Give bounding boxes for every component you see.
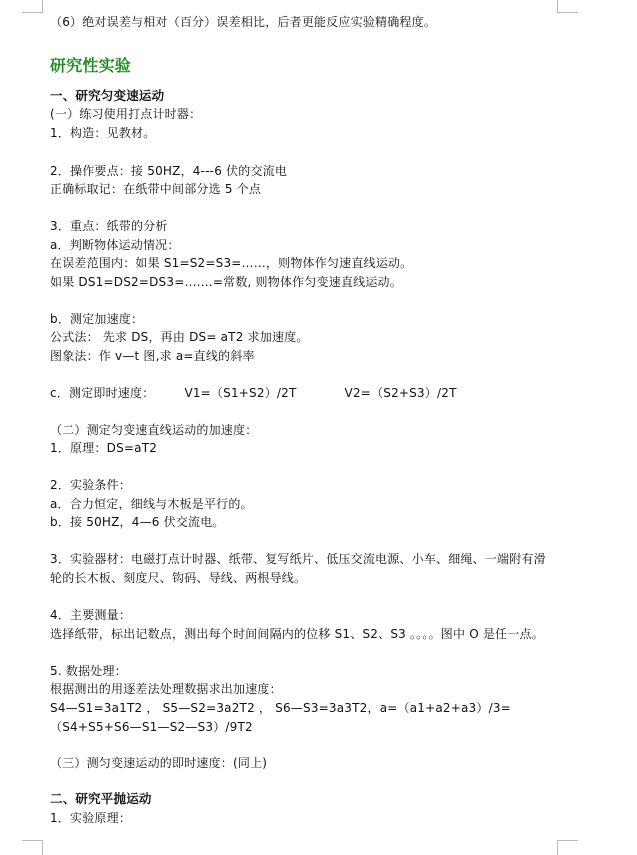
item-principle: 1．原理：DS=aT2 <box>50 440 157 456</box>
formula-v1: V1=（S1+S2）/2T <box>184 386 296 400</box>
formula-successive-difference: S4—S1=3a1T2 ， S5—S2=3a2T2 ， S6—S3=3a3T2，… <box>50 699 550 737</box>
page-corner-bottom-left <box>22 840 43 855</box>
item-measurement-detail: 选择纸带，标出记数点，测出每个时间间隔内的位移 S1、S2、S3 。。。。图中 … <box>50 626 544 642</box>
subheading-timer-practice: (一）练习使用打点计时器： <box>50 106 201 122</box>
item-conditions: 2．实验条件： <box>50 477 131 493</box>
item-uniform-condition: 在误差范围内：如果 S1=S2=S3=……，则物体作匀速直线运动。 <box>50 255 412 271</box>
item-successive-difference: 根据测出的用逐差法处理数据求出加速度： <box>50 681 282 697</box>
heading-uniform-acceleration: 一、研究匀变速运动 <box>50 88 164 104</box>
item-formula-method: 公式法： 先求 DS，再由 DS= aT2 求加速度。 <box>50 329 309 345</box>
item-instant-velocity: c．测定即时速度： V1=（S1+S2）/2T V2=（S2+S3）/2T <box>50 385 457 401</box>
item-key-tape-analysis: 3．重点：纸带的分析 <box>50 218 168 234</box>
page-corner-top-right <box>557 0 578 13</box>
item-structure: 1．构造：见教材。 <box>50 125 155 141</box>
item-accel-condition: 如果 DS1=DS2=DS3=…….=常数, 则物体作匀变速直线运动。 <box>50 274 402 290</box>
formula-v2: V2=（S2+S3）/2T <box>345 386 457 400</box>
page-corner-top-left <box>22 0 43 13</box>
item-main-measurement: 4．主要测量： <box>50 607 131 623</box>
instant-velocity-label: c．测定即时速度： <box>50 386 154 400</box>
item-operation-points: 2．操作要点：接 50HZ，4---6 伏的交流电 <box>50 163 287 179</box>
item-equipment: 3．实验器材：电磁打点计时器、纸带、复写纸片、低压交流电源、小车、细绳、一端附有… <box>50 550 550 588</box>
section-title: 研究性实验 <box>50 56 131 76</box>
heading-projectile-motion: 二、研究平抛运动 <box>50 791 152 807</box>
item-experiment-principle: 1．实验原理： <box>50 810 131 826</box>
page-corner-bottom-right <box>557 840 578 855</box>
item-judge-motion: a．判断物体运动情况： <box>50 237 180 253</box>
subheading-instant-velocity: （三）测匀变速运动的即时速度：(同上) <box>50 755 267 771</box>
subheading-measure-acceleration: （二）测定匀变速直线运动的加速度： <box>50 422 257 438</box>
item-condition-a: a．合力恒定，细线与木板是平行的。 <box>50 496 253 512</box>
item-graph-method: 图象法：作 v—t 图,求 a=直线的斜率 <box>50 348 255 364</box>
item-correct-marking: 正确标取记：在纸带中间部分选 5 个点 <box>50 181 261 197</box>
paragraph-error-comparison: （6）绝对误差与相对（百分）误差相比，后者更能反应实验精确程度。 <box>50 14 436 30</box>
item-condition-b: b．接 50HZ，4—6 伏交流电。 <box>50 514 225 530</box>
item-measure-acceleration: b．测定加速度： <box>50 311 143 327</box>
item-data-processing: 5. 数据处理： <box>50 663 127 679</box>
